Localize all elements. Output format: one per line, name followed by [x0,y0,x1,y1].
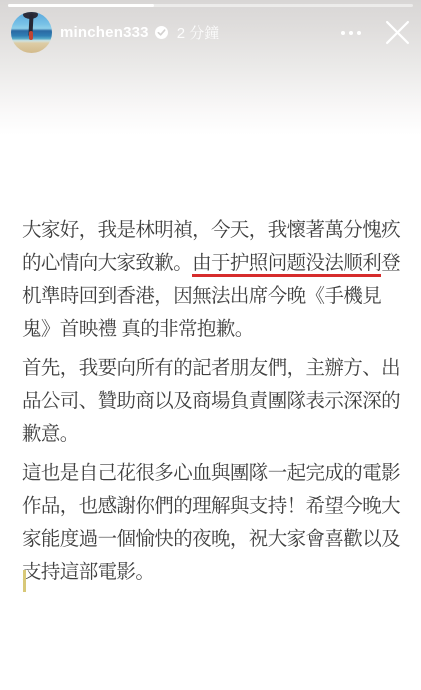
text-line: 的心情向大家致歉。由于护照问题没法顺利登 [22,247,403,280]
verified-badge-icon [155,26,168,39]
story-header: minchen333 2 分鐘 [11,11,415,54]
text-line: 支持這部電影。 [22,556,403,589]
close-icon[interactable] [383,19,411,47]
red-underlined-phrase: 由于护照问题没法顺利 [192,252,381,277]
username[interactable]: minchen333 [60,24,149,41]
text-line: 作品，也感謝你們的理解與支持！希望今晚大 [22,490,403,523]
text-line: 歉意。 [22,418,403,451]
progress-fill [8,4,154,7]
text-line: 大家好，我是林明禎，今天，我懷著萬分愧疚 [22,214,403,247]
avatar-photo-detail [29,31,33,40]
paragraph-3: 這也是自己花很多心血與團隊一起完成的電影 作品，也感謝你們的理解與支持！希望今晚… [22,457,403,589]
timestamp: 2 分鐘 [177,22,220,43]
text-line: 鬼》首映禮 真的非常抱歉。 [22,313,403,346]
more-options-icon[interactable] [335,23,367,43]
text-cursor [23,570,26,592]
text-line: 這也是自己花很多心血與團隊一起完成的電影 [22,457,403,490]
story-progress-bar [8,4,413,7]
text-line: 家能度過一個愉快的夜晚，祝大家會喜歡以及 [22,523,403,556]
avatar[interactable] [11,12,52,53]
text-line: 品公司、贊助商以及商場負責團隊表示深深的 [22,385,403,418]
story-text: 大家好，我是林明禎，今天，我懷著萬分愧疚 的心情向大家致歉。由于护照问题没法顺利… [22,214,403,589]
story-viewer[interactable]: minchen333 2 分鐘 大家好，我是林明禎，今天，我懷著萬分愧疚 的心情… [0,0,421,690]
text-line: 首先，我要向所有的記者朋友們，主辦方、出 [22,352,403,385]
paragraph-1: 大家好，我是林明禎，今天，我懷著萬分愧疚 的心情向大家致歉。由于护照问题没法顺利… [22,214,403,346]
text-line: 机準時回到香港，因無法出席今晚《手機見 [22,280,403,313]
paragraph-2: 首先，我要向所有的記者朋友們，主辦方、出 品公司、贊助商以及商場負責團隊表示深深… [22,352,403,451]
